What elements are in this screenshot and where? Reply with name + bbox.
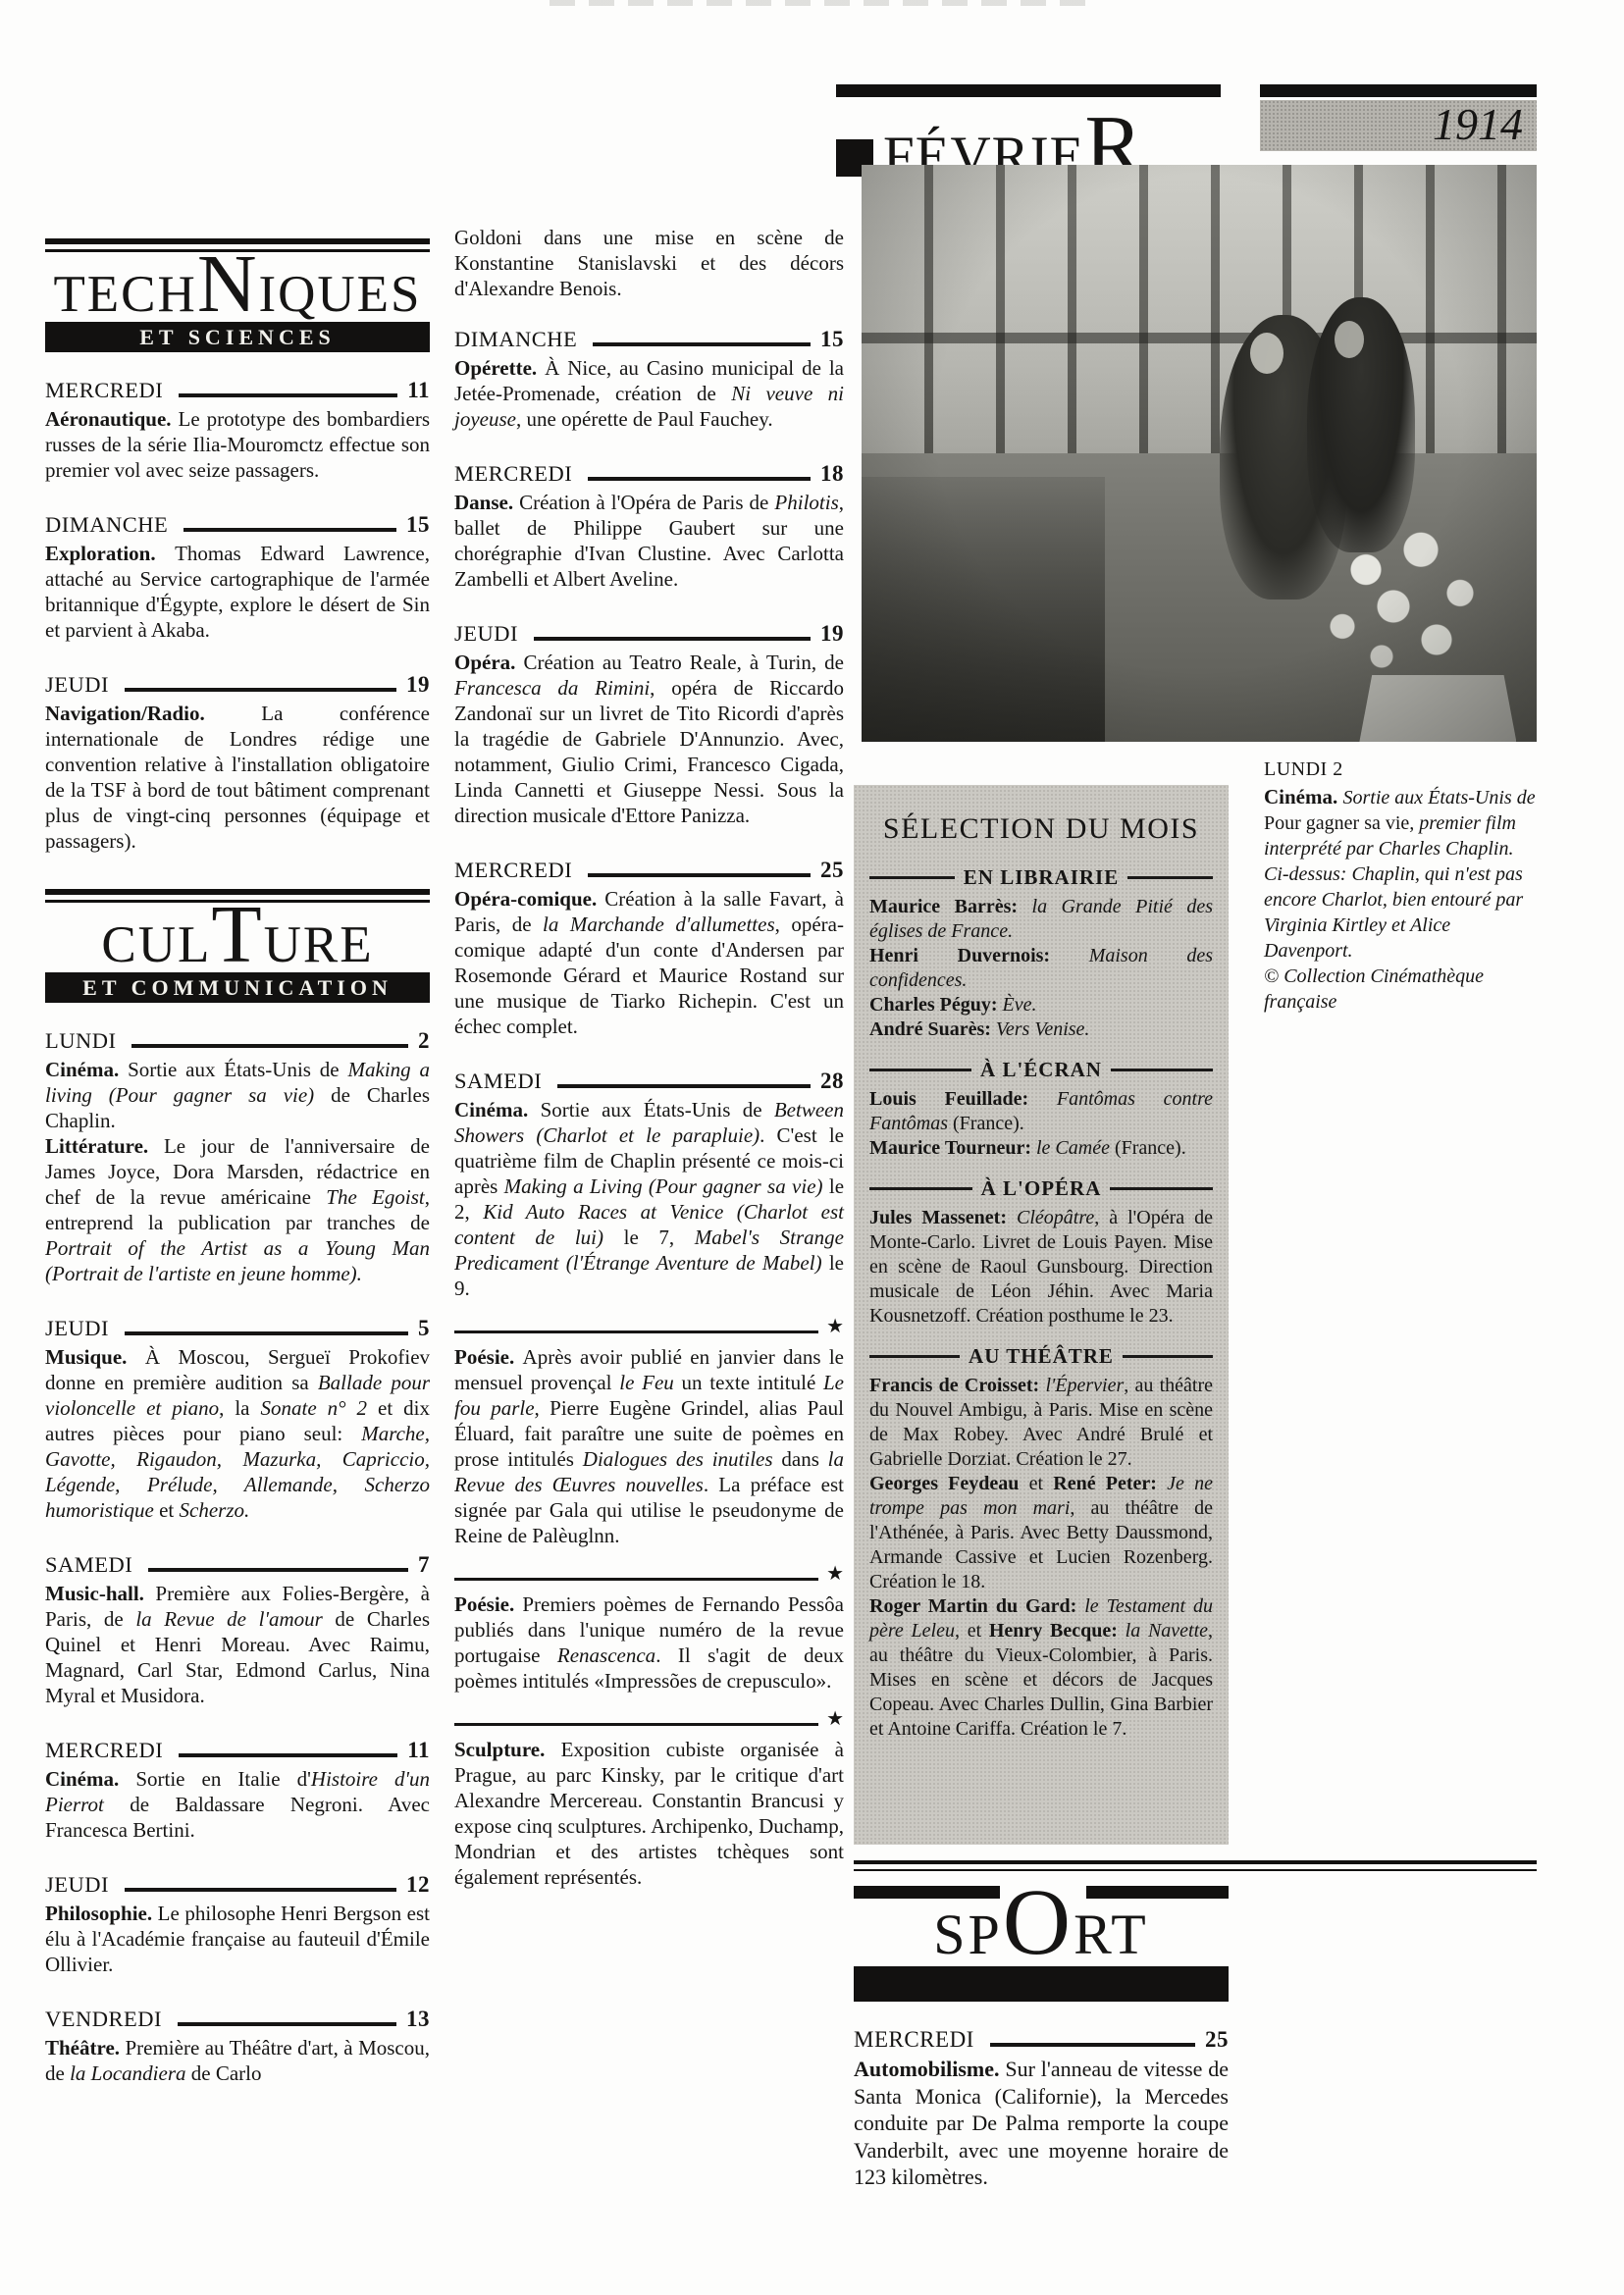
text-run: Poésie.: [454, 1345, 523, 1369]
text-run: , une opérette de Paul Fauchey.: [516, 407, 773, 431]
text-run: Roger Martin du Gard:: [869, 1595, 1084, 1617]
text-run: l'Épervier: [1045, 1375, 1124, 1396]
entry-day-header: JEUDI12: [45, 1872, 430, 1898]
text-run: Sculpture.: [454, 1738, 561, 1761]
entry-date-number: 25: [1205, 2027, 1229, 2053]
text-run: Opéra-comique.: [454, 887, 604, 911]
entry-text: Opérette. À Nice, au Casino municipal de…: [454, 355, 844, 432]
text-run: Francis de Croisset:: [869, 1375, 1045, 1396]
divider-line: [854, 1869, 1537, 1871]
entry-day-header: DIMANCHE15: [454, 327, 844, 352]
sport-section: SPORT MERCREDI25Automobilisme. Sur l'ann…: [854, 1886, 1229, 2191]
entry-rule: [183, 528, 396, 532]
text-run: Opéra.: [454, 651, 523, 674]
entry-day-header: MERCREDI25: [854, 2027, 1229, 2053]
entry-date-number: 7: [418, 1552, 430, 1578]
heading-rule: [869, 1187, 972, 1190]
entry-text: Cinéma. Sortie aux États-Unis de Making …: [45, 1057, 430, 1286]
calendar-entry: MERCREDI25Opéra-comique. Création à la s…: [454, 858, 844, 1039]
entry-rule: [557, 1084, 811, 1088]
selection-du-mois-box: SÉLECTION DU MOIS EN LIBRAIRIEMaurice Ba…: [854, 785, 1229, 1845]
masthead-rule: [836, 84, 1221, 97]
text-run: Danse.: [454, 491, 519, 514]
photo-caption: LUNDI 2 Cinéma. Sortie aux États-Unis de…: [1264, 758, 1537, 1015]
section-title-sport: SPORT: [854, 1895, 1229, 1962]
page-edge-artifact: [550, 0, 1099, 6]
star-icon: ★: [826, 1568, 844, 1578]
entry-text: Music-hall. Première aux Folies-Bergère,…: [45, 1581, 430, 1708]
text-run: Georges Feydeau: [869, 1473, 1019, 1494]
selection-item: Henri Duvernois: Maison des confidences.: [869, 944, 1213, 993]
entry-day: MERCREDI: [45, 378, 163, 403]
entry-day: SAMEDI: [454, 1069, 542, 1094]
caption-text: Cinéma. Sortie aux États-Unis de Pour ga…: [1264, 784, 1537, 1015]
entry-date-number: 19: [820, 621, 844, 647]
star-entry: ★Poésie. Après avoir publié en janvier d…: [454, 1327, 844, 1548]
entry-date-number: 11: [407, 1738, 430, 1763]
text-run: Henry Becque:: [989, 1620, 1126, 1642]
selection-item: Charles Péguy: Ève.: [869, 993, 1213, 1017]
selection-item: Francis de Croisset: l'Épervier, au théâ…: [869, 1374, 1213, 1472]
photo-chaplin-film-still: [862, 165, 1537, 742]
middle-column: Goldoni dans une mise en scène de Konsta…: [454, 162, 844, 1890]
entry-text: Poésie. Premiers poèmes de Fernando Pess…: [454, 1591, 844, 1694]
title-text: SP: [933, 1903, 1003, 1966]
entry-date-number: 28: [820, 1069, 844, 1094]
calendar-entry: MERCREDI11Cinéma. Sortie en Italie d'His…: [45, 1738, 430, 1843]
entry-rule: [131, 1044, 408, 1048]
text-run: un texte intitulé: [674, 1371, 823, 1394]
entry-day: JEUDI: [45, 1872, 109, 1898]
entry-date-number: 13: [406, 2007, 430, 2032]
text-run: le 7,: [603, 1226, 695, 1249]
text-run: (France).: [1110, 1137, 1186, 1159]
star-entry: ★Sculpture. Exposition cubiste organisée…: [454, 1719, 844, 1890]
entry-day: MERCREDI: [454, 858, 572, 883]
text-run: Making a Living (Pour gagner sa vie): [504, 1174, 823, 1198]
entry-rule: [588, 477, 811, 481]
text-run: de Carlo: [186, 2061, 262, 2085]
entry-day-header: SAMEDI28: [454, 1069, 844, 1094]
text-run: Philosophie.: [45, 1902, 158, 1925]
text-run: Cinéma.: [1264, 785, 1343, 808]
calendar-entry: LUNDI2Cinéma. Sortie aux États-Unis de M…: [45, 1028, 430, 1286]
selection-group-heading: AU THÉÂTRE: [869, 1344, 1213, 1369]
text-run: Aéronautique.: [45, 407, 179, 431]
star-rule: ★: [454, 1327, 844, 1336]
text-run: Scherzo.: [180, 1498, 250, 1522]
rule-line: [454, 1578, 818, 1581]
text-run: le Camée: [1036, 1137, 1110, 1159]
text-run: , la: [219, 1396, 260, 1420]
middle-entries: DIMANCHE15Opérette. À Nice, au Casino mu…: [454, 327, 844, 1301]
text-run: Charles Péguy:: [869, 994, 1003, 1016]
title-text: CUL: [101, 916, 211, 973]
calendar-entry: JEUDI19Opéra. Création au Teatro Reale, …: [454, 621, 844, 828]
entry-day-header: MERCREDI25: [454, 858, 844, 883]
sport-divider-rule: [854, 1860, 1537, 1871]
entry-day-header: MERCREDI11: [45, 1738, 430, 1763]
title-text: TECH: [53, 266, 196, 323]
text-run: Portrait of the Artist as a Young Man (P…: [45, 1236, 430, 1285]
entry-day: JEUDI: [45, 1316, 109, 1341]
text-run: Ève.: [1003, 994, 1037, 1016]
selection-item: André Suarès: Vers Venise.: [869, 1017, 1213, 1042]
calendar-entry: SAMEDI28Cinéma. Sortie aux États-Unis de…: [454, 1069, 844, 1301]
text-run: André Suarès:: [869, 1018, 996, 1040]
rule-line: [454, 1330, 818, 1333]
selection-groups: EN LIBRAIRIEMaurice Barrès: la Grande Pi…: [869, 865, 1213, 1742]
selection-group-heading: À L'OPÉRA: [869, 1176, 1213, 1201]
left-column: TECHNIQUES ET SCIENCES MERCREDI11Aéronau…: [45, 162, 430, 2086]
selection-group-heading: EN LIBRAIRIE: [869, 865, 1213, 890]
text-run: (France).: [948, 1113, 1024, 1134]
calendar-entry: JEUDI12Philosophie. Le philosophe Henri …: [45, 1872, 430, 1977]
entry-day-header: JEUDI19: [45, 672, 430, 698]
heading-rule: [1111, 1069, 1213, 1071]
selection-title: SÉLECTION DU MOIS: [869, 812, 1213, 846]
entry-date-number: 12: [406, 1872, 430, 1898]
text-run: Exploration.: [45, 542, 175, 565]
entry-text: Exploration. Thomas Edward Lawrence, att…: [45, 541, 430, 643]
rule-line: [454, 1723, 818, 1726]
selection-item: Maurice Tourneur: le Camée (France).: [869, 1136, 1213, 1161]
heading-rule: [1123, 1355, 1213, 1358]
sport-entries: MERCREDI25Automobilisme. Sur l'anneau de…: [854, 2027, 1229, 2191]
year-text: 1914: [1433, 99, 1523, 149]
text-run: Dialogues des inutiles: [583, 1447, 773, 1471]
title-text: IQUES: [258, 266, 421, 323]
entry-date-number: 18: [820, 461, 844, 487]
star-icon: ★: [826, 1713, 844, 1723]
entry-day-header: JEUDI19: [454, 621, 844, 647]
entry-day: MERCREDI: [454, 461, 572, 487]
calendar-entry: JEUDI5Musique. À Moscou, Sergueï Prokofi…: [45, 1316, 430, 1523]
heading-label: AU THÉÂTRE: [969, 1344, 1114, 1369]
entry-day: MERCREDI: [854, 2027, 974, 2053]
selection-item: Jules Massenet: Cléopâtre, à l'Opéra de …: [869, 1206, 1213, 1329]
entry-date-number: 5: [418, 1316, 430, 1341]
text-run: Cinéma.: [45, 1058, 128, 1081]
text-run: Goldoni dans une mise en scène de Konsta…: [454, 226, 844, 300]
entry-text: Navigation/Radio. La conférence internat…: [45, 701, 430, 854]
heading-rule: [1127, 876, 1213, 879]
selection-group-heading: À L'ÉCRAN: [869, 1058, 1213, 1082]
entry-text: Opéra. Création au Teatro Reale, à Turin…: [454, 650, 844, 828]
text-run: Sortie aux États-Unis de: [1343, 787, 1536, 808]
entry-date-number: 11: [407, 378, 430, 403]
text-run: Création à l'Opéra de Paris de: [519, 491, 774, 514]
star-rule: ★: [454, 1574, 844, 1584]
star-entry: ★Poésie. Premiers poèmes de Fernando Pes…: [454, 1574, 844, 1694]
entry-day: JEUDI: [45, 672, 109, 698]
calendar-entry: DIMANCHE15Opérette. À Nice, au Casino mu…: [454, 327, 844, 432]
entry-text: Danse. Création à l'Opéra de Paris de Ph…: [454, 490, 844, 592]
heading-rule: [1110, 1187, 1213, 1190]
entry-day-header: MERCREDI11: [45, 378, 430, 403]
text-run: , premier film interprété par Charles Ch…: [1264, 812, 1523, 962]
continuation-paragraph: Goldoni dans une mise en scène de Konsta…: [454, 225, 844, 301]
caption-day: LUNDI 2: [1264, 758, 1537, 781]
text-run: Pour gagner sa vie: [1264, 812, 1409, 834]
entry-day-header: DIMANCHE15: [45, 512, 430, 538]
entry-rule: [593, 342, 811, 346]
year-panel: 1914: [1260, 84, 1537, 151]
text-run: Vers Venise.: [996, 1018, 1090, 1040]
selection-item: Maurice Barrès: la Grande Pitié des égli…: [869, 895, 1213, 944]
text-run: Sortie en Italie d': [135, 1767, 311, 1791]
heading-label: À L'OPÉRA: [981, 1176, 1102, 1201]
entry-text: Musique. À Moscou, Sergueï Prokofiev don…: [45, 1344, 430, 1523]
year-box: 1914: [1260, 100, 1537, 151]
heading-label: EN LIBRAIRIE: [964, 865, 1119, 890]
entry-day: DIMANCHE: [454, 327, 577, 352]
title-text: URE: [264, 916, 374, 973]
entry-date-number: 25: [820, 858, 844, 883]
selection-item: Georges Feydeau et René Peter: Je ne tro…: [869, 1472, 1213, 1594]
text-run: dans: [773, 1447, 828, 1471]
photo-vignette: [862, 165, 1537, 742]
entry-text: Poésie. Après avoir publié en janvier da…: [454, 1344, 844, 1548]
text-run: Poésie.: [454, 1592, 522, 1616]
text-run: Automobilisme.: [854, 2057, 1005, 2081]
text-run: Navigation/Radio.: [45, 702, 261, 725]
text-run: Musique.: [45, 1345, 145, 1369]
entry-day-header: MERCREDI18: [454, 461, 844, 487]
heading-rule: [869, 1069, 971, 1071]
text-run: Music-hall.: [45, 1582, 155, 1605]
calendar-entry: DIMANCHE15Exploration. Thomas Edward Law…: [45, 512, 430, 643]
year-rule: [1260, 84, 1537, 97]
section-culture-header: CULTURE ET COMMUNICATION: [45, 889, 430, 1003]
calendar-entry: MERCREDI11Aéronautique. Le prototype des…: [45, 378, 430, 483]
entry-day-header: VENDREDI13: [45, 2007, 430, 2032]
section-title-culture: CULTURE: [45, 911, 430, 969]
entry-text: Cinéma. Sortie aux États-Unis de Between…: [454, 1097, 844, 1301]
text-run: Maurice Barrès:: [869, 896, 1032, 917]
text-run: Création au Teatro Reale, à Turin, de: [523, 651, 844, 674]
text-run: Littérature.: [45, 1134, 164, 1158]
entry-date-number: 19: [406, 672, 430, 698]
entry-day: VENDREDI: [45, 2007, 162, 2032]
entry-text: Théâtre. Première au Théâtre d'art, à Mo…: [45, 2035, 430, 2086]
text-run: et: [154, 1498, 180, 1522]
entry-text: Opéra-comique. Création à la salle Favar…: [454, 886, 844, 1039]
calendar-entry: MERCREDI25Automobilisme. Sur l'anneau de…: [854, 2027, 1229, 2191]
text-run: , et: [955, 1620, 989, 1642]
text-run: Sortie aux États-Unis de: [541, 1098, 774, 1121]
entry-rule: [178, 2022, 396, 2026]
entry-text: Automobilisme. Sur l'anneau de vitesse d…: [854, 2056, 1229, 2191]
entry-rule: [148, 1568, 408, 1572]
text-run: Maurice Tourneur:: [869, 1137, 1036, 1159]
heading-label: À L'ÉCRAN: [980, 1058, 1102, 1082]
entry-day: SAMEDI: [45, 1552, 132, 1578]
entry-date-number: 15: [406, 512, 430, 538]
entry-day: MERCREDI: [45, 1738, 163, 1763]
star-entries: ★Poésie. Après avoir publié en janvier d…: [454, 1327, 844, 1890]
text-run: Cinéma.: [45, 1767, 135, 1791]
heading-rule: [869, 876, 955, 879]
entry-text: Aéronautique. Le prototype des bombardie…: [45, 406, 430, 483]
text-run: Théâtre.: [45, 2036, 125, 2060]
text-run: © Collection Cinémathèque française: [1264, 965, 1484, 1013]
entry-text: Cinéma. Sortie en Italie d'Histoire d'un…: [45, 1766, 430, 1843]
entry-rule: [125, 1331, 408, 1335]
calendar-entry: MERCREDI18Danse. Création à l'Opéra de P…: [454, 461, 844, 592]
title-big-letter: O: [1003, 1869, 1074, 1974]
calendar-entry: VENDREDI13Théâtre. Première au Théâtre d…: [45, 2007, 430, 2086]
text-run: René Peter:: [1053, 1473, 1167, 1494]
heading-rule: [869, 1355, 960, 1358]
entry-rule: [990, 2043, 1195, 2047]
techniques-entries: MERCREDI11Aéronautique. Le prototype des…: [45, 378, 430, 854]
entry-date-number: 15: [820, 327, 844, 352]
entry-date-number: 2: [418, 1028, 430, 1054]
entry-text: Sculpture. Exposition cubiste organisée …: [454, 1737, 844, 1890]
entry-day: LUNDI: [45, 1028, 116, 1054]
text-run: la Marchande d'allumettes: [543, 913, 775, 936]
culture-entries: LUNDI2Cinéma. Sortie aux États-Unis de M…: [45, 1028, 430, 2086]
star-rule: ★: [454, 1719, 844, 1729]
text-run: et: [1019, 1473, 1053, 1494]
entry-rule: [125, 1888, 396, 1892]
entry-text: Philosophie. Le philosophe Henri Bergson…: [45, 1901, 430, 1977]
entry-rule: [534, 637, 811, 641]
text-run: Opérette.: [454, 356, 545, 380]
entry-day-header: SAMEDI7: [45, 1552, 430, 1578]
selection-item: Roger Martin du Gard: le Testament du pè…: [869, 1594, 1213, 1742]
text-run: Sortie aux États-Unis de: [128, 1058, 347, 1081]
text-run: la Locandiera: [70, 2061, 185, 2085]
text-run: Louis Feuillade:: [869, 1088, 1057, 1110]
entry-day-header: JEUDI5: [45, 1316, 430, 1341]
text-run: Philotis: [774, 491, 838, 514]
entry-day: JEUDI: [454, 621, 518, 647]
entry-day-header: LUNDI2: [45, 1028, 430, 1054]
title-big-letter: T: [211, 889, 263, 980]
text-run: la Navette: [1126, 1620, 1208, 1642]
entry-rule: [125, 688, 396, 692]
text-run: la Revue de l'amour: [135, 1607, 322, 1631]
section-title-techniques: TECHNIQUES: [45, 260, 430, 319]
text-run: Henri Duvernois:: [869, 945, 1089, 966]
text-run: Renascenca: [557, 1643, 655, 1667]
section-techniques-header: TECHNIQUES ET SCIENCES: [45, 238, 430, 352]
entry-rule: [179, 1753, 397, 1757]
title-big-letter: N: [197, 238, 259, 330]
divider-line: [854, 1860, 1537, 1864]
calendar-entry: JEUDI19Navigation/Radio. La conférence i…: [45, 672, 430, 854]
star-icon: ★: [826, 1321, 844, 1330]
text-run: le Feu: [619, 1371, 674, 1394]
entry-rule: [179, 393, 397, 397]
almanac-page: FÉVRIER 1914 TECHNIQUES ET SCIENCES MERC…: [0, 0, 1624, 2295]
text-run: Jules Massenet:: [869, 1207, 1017, 1228]
text-run: Sonate n° 2: [260, 1396, 367, 1420]
text-run: Cléopâtre: [1017, 1207, 1094, 1228]
selection-item: Louis Feuillade: Fantômas contre Fantôma…: [869, 1087, 1213, 1136]
text-run: Francesca da Rimini: [454, 676, 650, 700]
section-sport-header: SPORT: [854, 1886, 1229, 2002]
text-run: Cinéma.: [454, 1098, 541, 1121]
calendar-entry: SAMEDI7Music-hall. Première aux Folies-B…: [45, 1552, 430, 1708]
text-run: The Egoist: [326, 1185, 424, 1209]
title-text: RT: [1074, 1903, 1149, 1966]
entry-rule: [588, 873, 811, 877]
entry-day: DIMANCHE: [45, 512, 168, 538]
